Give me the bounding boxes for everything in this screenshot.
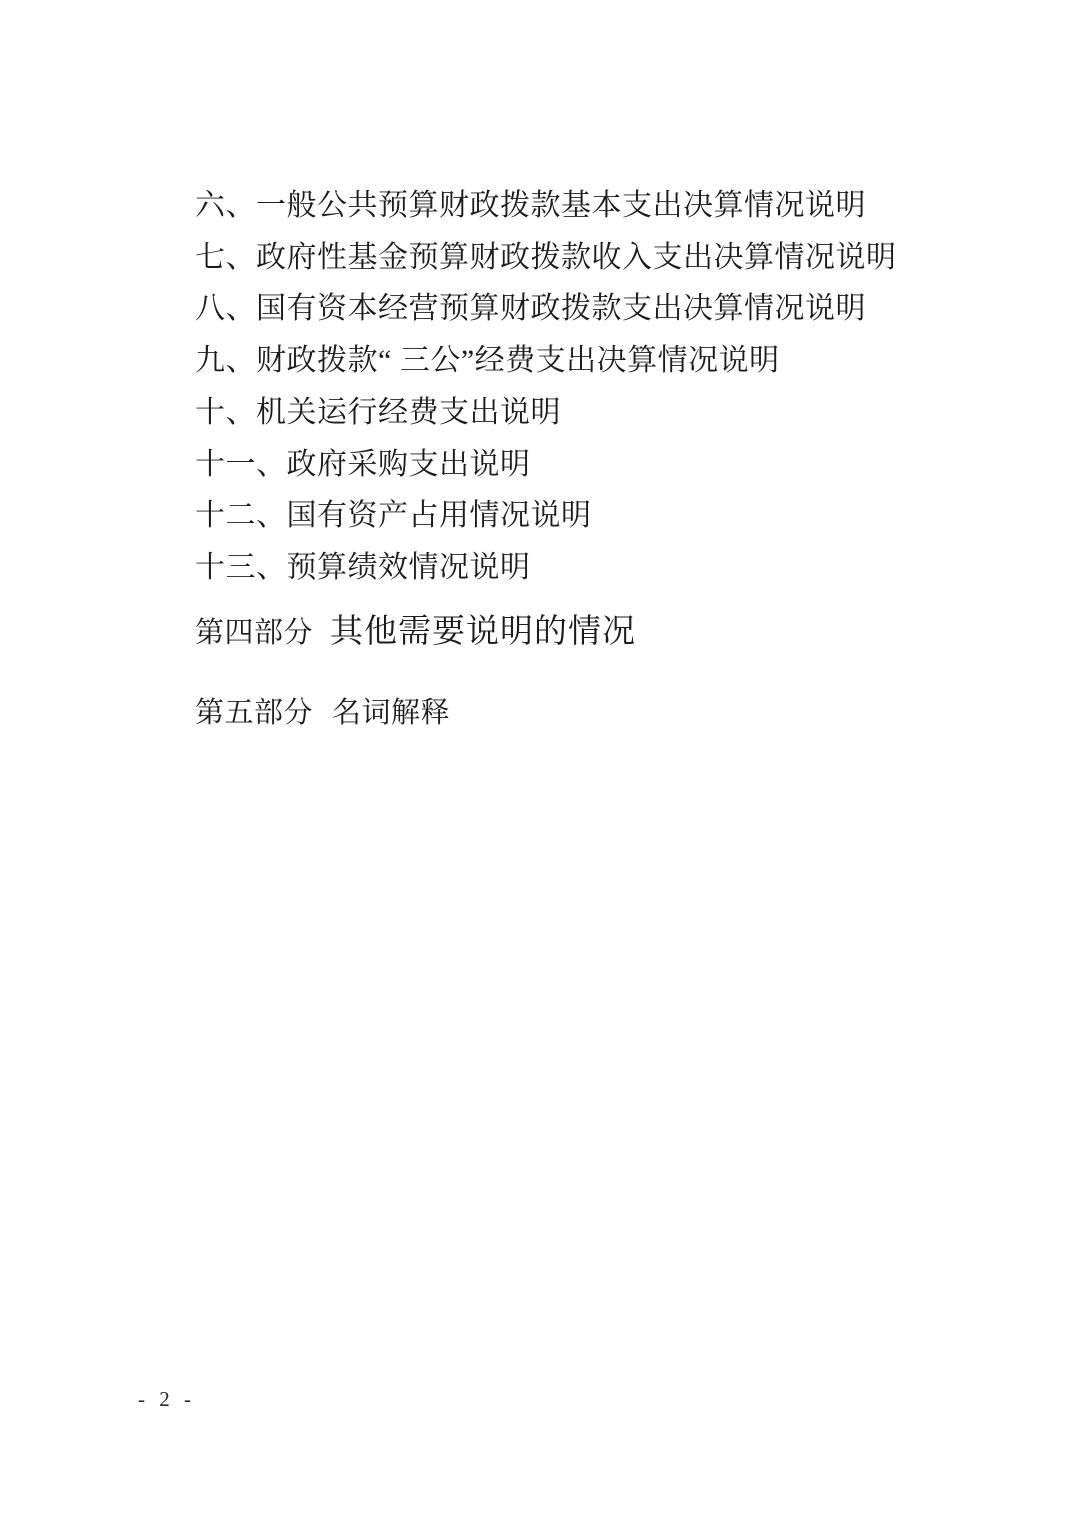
toc-item: 十一、政府采购支出说明 bbox=[195, 439, 1024, 491]
toc-item: 十二、国有资产占用情况说明 bbox=[195, 490, 1024, 542]
toc-item: 九、财政拨款“ 三公”经费支出决算情况说明 bbox=[195, 335, 1024, 387]
section-title: 名词解释 bbox=[332, 697, 450, 729]
page-number: - 2 - bbox=[138, 1387, 192, 1412]
section-prefix: 第四部分 bbox=[195, 617, 313, 649]
section-heading-part-four: 第四部分其他需要说明的情况 bbox=[195, 609, 1024, 661]
table-of-contents: 六、一般公共预算财政拨款基本支出决算情况说明 七、政府性基金预算财政拨款收入支出… bbox=[195, 180, 1024, 738]
toc-item: 六、一般公共预算财政拨款基本支出决算情况说明 bbox=[195, 180, 1024, 232]
toc-item: 七、政府性基金预算财政拨款收入支出决算情况说明 bbox=[195, 232, 1024, 284]
toc-item: 十、机关运行经费支出说明 bbox=[195, 387, 1024, 439]
document-page: 六、一般公共预算财政拨款基本支出决算情况说明 七、政府性基金预算财政拨款收入支出… bbox=[0, 0, 1074, 1520]
toc-item: 十三、预算绩效情况说明 bbox=[195, 542, 1024, 594]
section-prefix: 第五部分 bbox=[195, 697, 313, 729]
section-title: 其他需要说明的情况 bbox=[330, 614, 636, 650]
section-heading-part-five: 第五部分名词解释 bbox=[195, 693, 1024, 738]
toc-item: 八、国有资本经营预算财政拨款支出决算情况说明 bbox=[195, 283, 1024, 335]
